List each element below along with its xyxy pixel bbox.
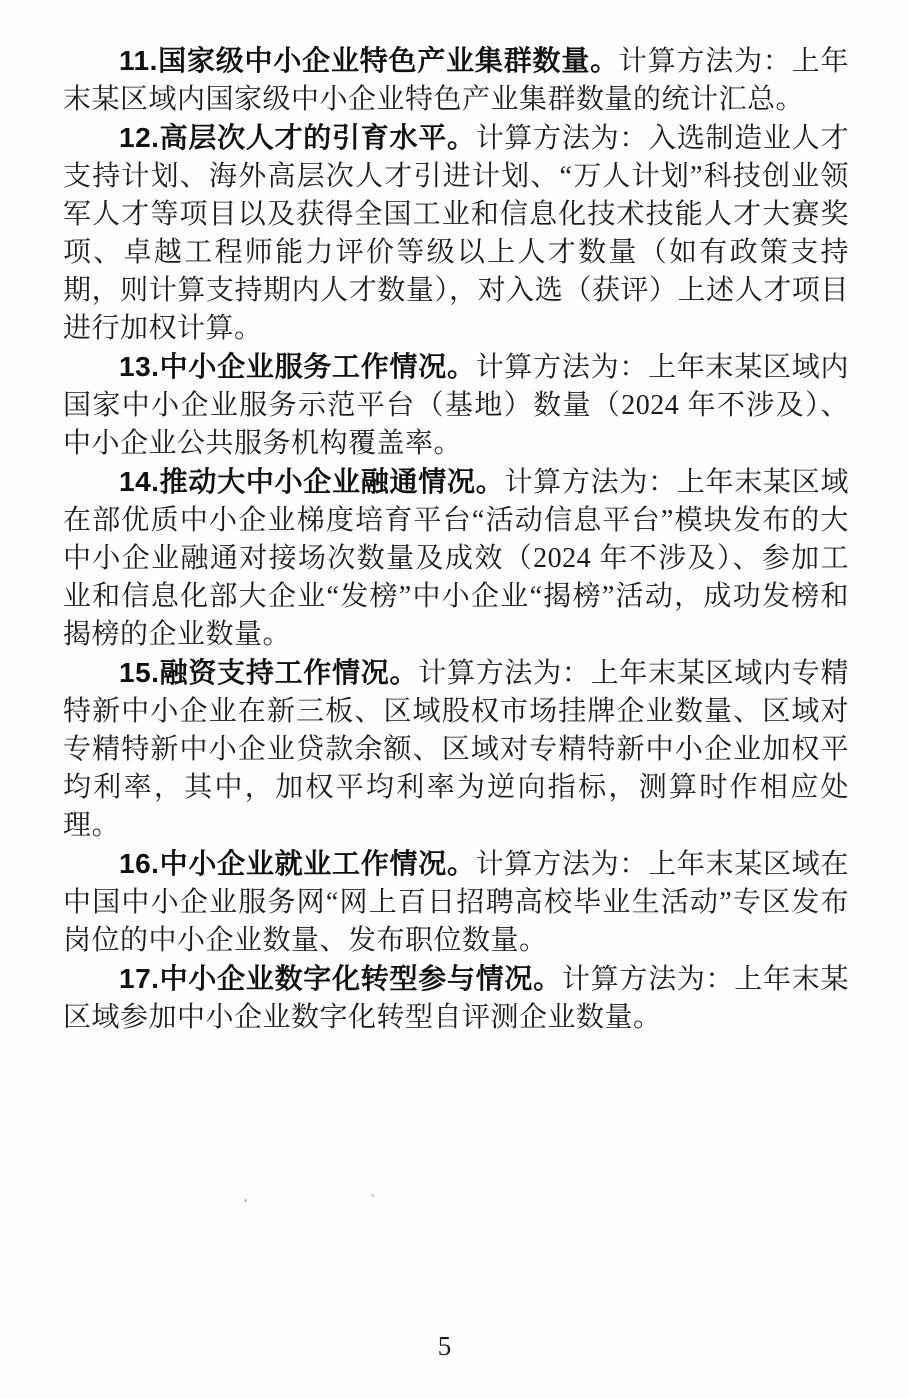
paragraph-13: 13.中小企业服务工作情况。计算方法为：上年末某区域内国家中小企业服务示范平台（… <box>63 348 849 463</box>
scan-speck <box>371 1194 374 1197</box>
paragraph-17-heading: 17.中小企业数字化转型参与情况。 <box>119 963 562 994</box>
paragraph-11: 11.国家级中小企业特色产业集群数量。计算方法为：上年末某区域内国家级中小企业特… <box>63 42 849 119</box>
paragraph-12-text: 计算方法为：入选制造业人才支持计划、海外高层次人才引进计划、“万人计划”科技创业… <box>63 123 849 344</box>
paragraph-14: 14.推动大中小企业融通情况。计算方法为：上年末某区域在部优质中小企业梯度培育平… <box>63 463 849 654</box>
paragraph-15: 15.融资支持工作情况。计算方法为：上年末某区域内专精特新中小企业在新三板、区域… <box>63 654 849 845</box>
paragraph-16-heading: 16.中小企业就业工作情况。 <box>119 848 476 879</box>
paragraph-16: 16.中小企业就业工作情况。计算方法为：上年末某区域在中国中小企业服务网“网上百… <box>63 845 849 960</box>
document-body: 11.国家级中小企业特色产业集群数量。计算方法为：上年末某区域内国家级中小企业特… <box>63 42 849 1037</box>
page-number: 5 <box>0 1331 889 1362</box>
paragraph-17: 17.中小企业数字化转型参与情况。计算方法为：上年末某区域参加中小企业数字化转型… <box>63 960 849 1037</box>
paragraph-12: 12.高层次人才的引育水平。计算方法为：入选制造业人才支持计划、海外高层次人才引… <box>63 119 849 348</box>
paragraph-13-heading: 13.中小企业服务工作情况。 <box>119 351 476 382</box>
paragraph-14-heading: 14.推动大中小企业融通情况。 <box>119 466 504 497</box>
paragraph-12-heading: 12.高层次人才的引育水平。 <box>119 122 476 153</box>
scan-speck <box>244 1199 247 1202</box>
paragraph-15-heading: 15.融资支持工作情况。 <box>119 657 418 688</box>
paragraph-11-heading: 11.国家级中小企业特色产业集群数量。 <box>119 45 619 76</box>
document-page: 11.国家级中小企业特色产业集群数量。计算方法为：上年末某区域内国家级中小企业特… <box>0 0 909 1398</box>
